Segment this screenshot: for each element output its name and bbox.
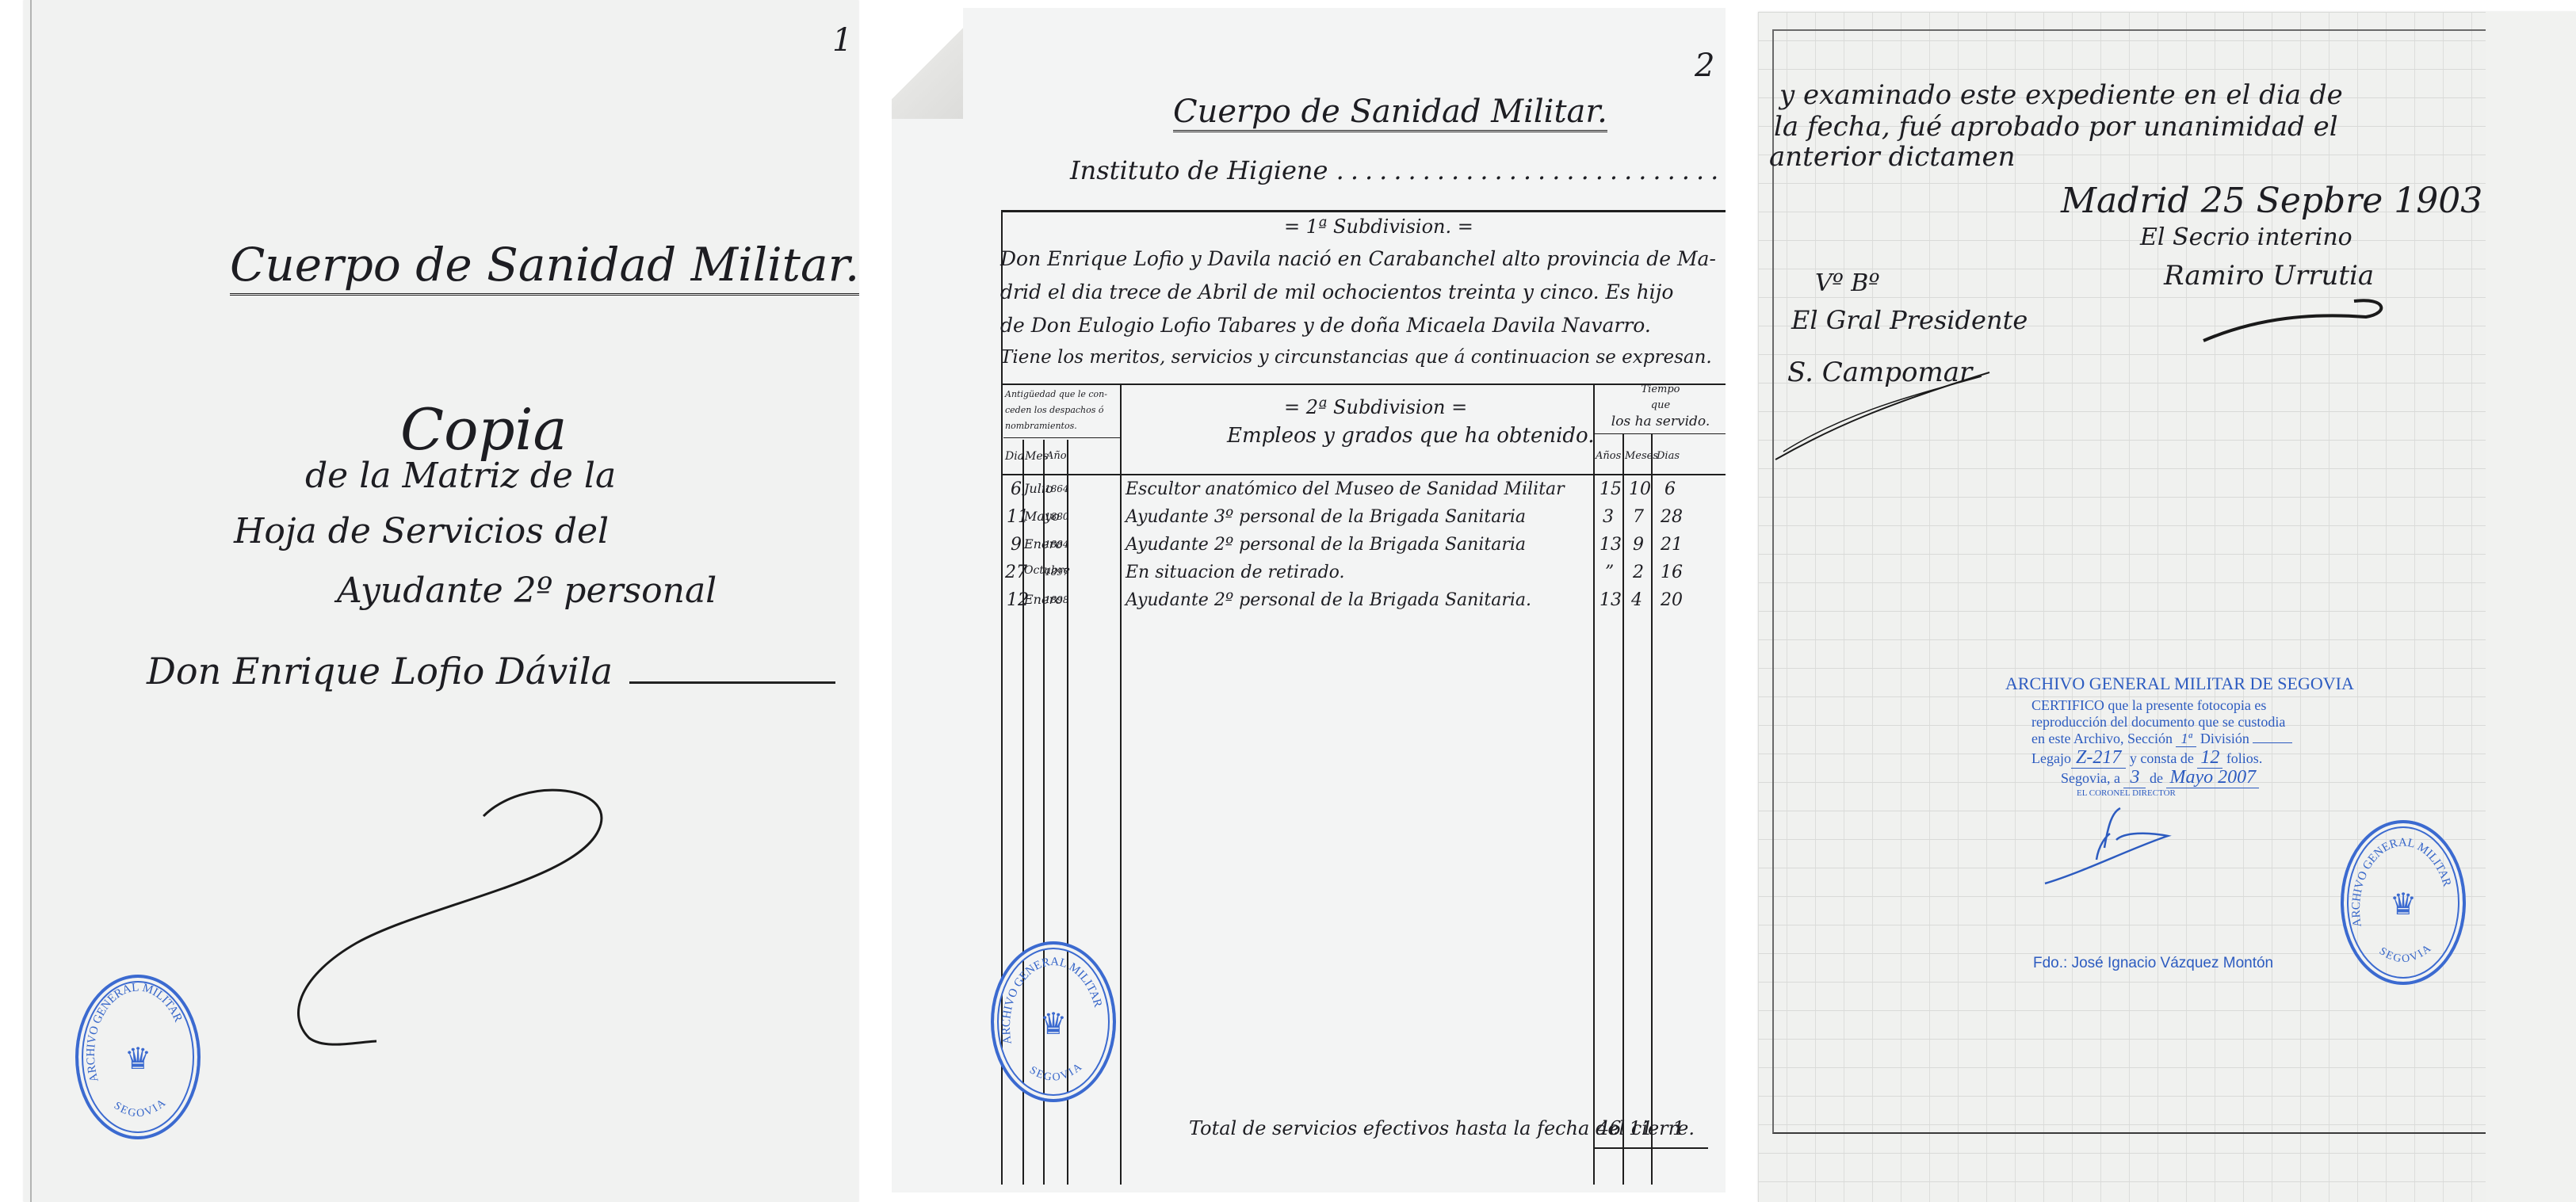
header-text: Tiempo [1601,382,1720,398]
cell-meses: 10 [1629,479,1651,499]
col-dia: Dia [1005,450,1024,463]
cell-meses: 4 [1631,590,1642,610]
cell-empleo: Escultor anatómico del Museo de Sanidad … [1126,479,1565,499]
header-text: que [1601,398,1720,414]
header-text: nombramientos. [1005,418,1107,434]
copia-heading: Copia [400,396,567,463]
cell-anos: ” [1605,563,1614,582]
cell-dia: 6 [1011,479,1022,499]
blank-field [2253,742,2292,743]
title-text: Cuerpo de Sanidad Militar. [230,238,859,296]
coat-of-arms-icon: ♛ [2390,887,2417,922]
cert-text: y consta de [2130,750,2194,766]
col-rule [1593,383,1595,1185]
institute-line: Instituto de Higiene ...................… [1070,155,1725,185]
cert-text: en este Archivo, Sección [2031,731,2173,746]
antig-subrule [1003,437,1120,438]
cert-heading: ARCHIVO GENERAL MILITAR DE SEGOVIA [2005,674,2354,694]
cover-line-4: Don Enrique Lofio Dávila [147,650,835,693]
cover-line-3: Ayudante 2º personal [337,570,717,611]
col-dias: Dias [1657,450,1680,462]
institute-name: Instituto de Higiene [1070,155,1328,185]
archive-stamp: ARCHIVO GENERAL MILITAR SEGOVIA ♛ [75,975,201,1139]
sub1-line: de Don Eulogio Lofio Tabares y de doña M… [1000,314,1651,337]
cell-ano: 1898 [1045,594,1069,605]
col-rule [1651,434,1653,1185]
cert-text: Legajo [2031,750,2071,766]
cert-line: en este Archivo, Sección 1ª División [2031,731,2292,747]
cell-dias: 21 [1661,535,1683,555]
cert-text: División [2200,731,2249,746]
cell-dia: 9 [1011,535,1022,555]
cell-meses: 7 [1633,507,1644,527]
cell-dias: 20 [1661,590,1683,610]
sub2-subheading: Empleos y grados que ha obtenido. [1227,424,1595,448]
header-text: ceden los despachos ó [1005,403,1107,418]
col-anos: Años [1596,450,1621,462]
coat-of-arms-icon: ♛ [1040,1005,1067,1041]
sub1-heading: = 1ª Subdivision. = [1284,216,1473,238]
header-bottom-rule [1001,474,1726,475]
page-edge-rule [30,0,32,1202]
stamp-text-bottom: SEGOVIA [112,1097,170,1120]
cert-text: Segovia, a [2061,770,2120,786]
cert-text: folios. [2226,750,2263,766]
approval-line: y examinado este expediente en el dia de [1779,79,2343,111]
page-margin [2486,12,2576,1202]
total-anos: 46 [1597,1117,1622,1139]
cert-text: de [2150,770,2163,786]
total-meses: 11 [1629,1117,1653,1139]
tiempo-subrule [1595,433,1726,434]
signature-flourish [2196,293,2394,349]
header-text: los ha servido. [1601,414,1720,429]
title-text: Cuerpo de Sanidad Militar. [1173,93,1607,132]
cert-signed-by: Fdo.: José Ignacio Vázquez Montón [2033,955,2273,972]
cell-empleo: Ayudante 2º personal de la Brigada Sanit… [1126,535,1526,555]
page-title: Cuerpo de Sanidad Militar. [230,238,859,292]
cover-line-2: Hoja de Servicios del [234,511,609,551]
secretary-signature: Ramiro Urrutia [2164,260,2374,292]
cell-anos: 15 [1599,479,1622,499]
coat-of-arms-icon: ♛ [124,1041,151,1077]
col-rule [1622,434,1624,1185]
sub1-line: Don Enrique Lofio y Davila nació en Cara… [1000,247,1716,270]
col-ano: Año [1046,450,1067,462]
archive-stamp: ARCHIVO GENERAL MILITAR SEGOVIA ♛ [2341,820,2466,985]
cell-empleo: Ayudante 2º personal de la Brigada Sanit… [1126,590,1531,610]
tiempo-header: Tiempo que los ha servido. [1601,382,1720,429]
name-rule [629,681,835,684]
cert-folios-value: 12 [2197,747,2222,769]
director-signature [2037,800,2180,887]
total-dias: 1 [1672,1117,1684,1139]
stamp-text-bottom: SEGOVIA [2377,942,2435,966]
cell-meses: 2 [1633,563,1644,582]
cert-month-year-value: Mayo 2007 [2166,767,2259,788]
antiguedad-header: Antigüedad que le con- ceden los despach… [1005,387,1107,434]
recipient-name: Don Enrique Lofio Dávila [147,650,613,693]
cell-empleo: Ayudante 3º personal de la Brigada Sanit… [1126,507,1526,527]
svg-text:SEGOVIA: SEGOVIA [2377,942,2435,966]
cert-day-value: 3 [2123,767,2146,788]
flourish-decoration [238,753,713,1070]
table-top-rule [1001,210,1726,212]
cell-anos: 13 [1599,590,1622,610]
header-text: Antigüedad que le con- [1005,387,1107,403]
total-underline [1593,1147,1708,1149]
cert-director-title: EL CORONEL DIRECTOR [2077,788,2176,798]
col-mes: Mes [1025,450,1049,463]
approval-line: la fecha, fué aprobado por unanimidad el [1774,111,2338,143]
col-meses: Meses [1625,450,1658,462]
cover-line-1: de la Matriz de la [305,456,616,496]
cert-line: reproducción del documento que se custod… [2031,714,2285,731]
page-title: Cuerpo de Sanidad Militar. [1173,93,1607,130]
svg-text:SEGOVIA: SEGOVIA [1027,1060,1085,1084]
cert-seccion-value: 1ª [2176,731,2196,747]
archive-stamp: ARCHIVO GENERAL MILITAR SEGOVIA ♛ [991,941,1116,1102]
folded-corner [892,8,963,119]
cert-line: LegajoZ-217 y consta de 12 folios. [2031,747,2262,769]
cell-ano: 1884 [1045,539,1069,550]
cert-legajo-value: Z-217 [2071,747,2126,769]
cell-dias: 16 [1661,563,1683,582]
cert-line: CERTIFICO que la presente fotocopia es [2031,697,2266,714]
cell-ano: 1880 [1045,511,1069,522]
signature-flourish [1768,341,2005,467]
cell-ano: 1864 [1045,483,1069,494]
svg-text:SEGOVIA: SEGOVIA [112,1097,170,1120]
stamp-text-bottom: SEGOVIA [1027,1060,1085,1084]
sub1-line: Tiene los meritos, servicios y circunsta… [1000,347,1712,368]
vb-mark: Vº Bº [1815,269,1879,297]
approval-line: anterior dictamen [1769,141,2015,173]
cell-dias: 6 [1664,479,1676,499]
folio-number: 1 [832,22,852,59]
cell-ano: 1897 [1045,567,1069,578]
cell-anos: 13 [1599,535,1622,555]
cert-place-date: Segovia, a 3 de Mayo 2007 [2061,767,2259,788]
folio-number: 2 [1695,48,1714,84]
cell-dias: 28 [1661,507,1683,527]
cell-anos: 3 [1603,507,1614,527]
col-rule [1120,383,1122,1185]
cell-empleo: En situacion de retirado. [1126,563,1345,582]
secretary-title: El Secrio interino [2140,223,2352,251]
sub2-heading: = 2ª Subdivision = [1284,396,1467,418]
date-line: Madrid 25 Sepbre 1903 [2061,181,2482,221]
sub1-line: drid el dia trece de Abril de mil ochoci… [1000,280,1673,303]
cell-meses: 9 [1633,535,1644,555]
president-title: El Gral Presidente [1791,305,2028,335]
